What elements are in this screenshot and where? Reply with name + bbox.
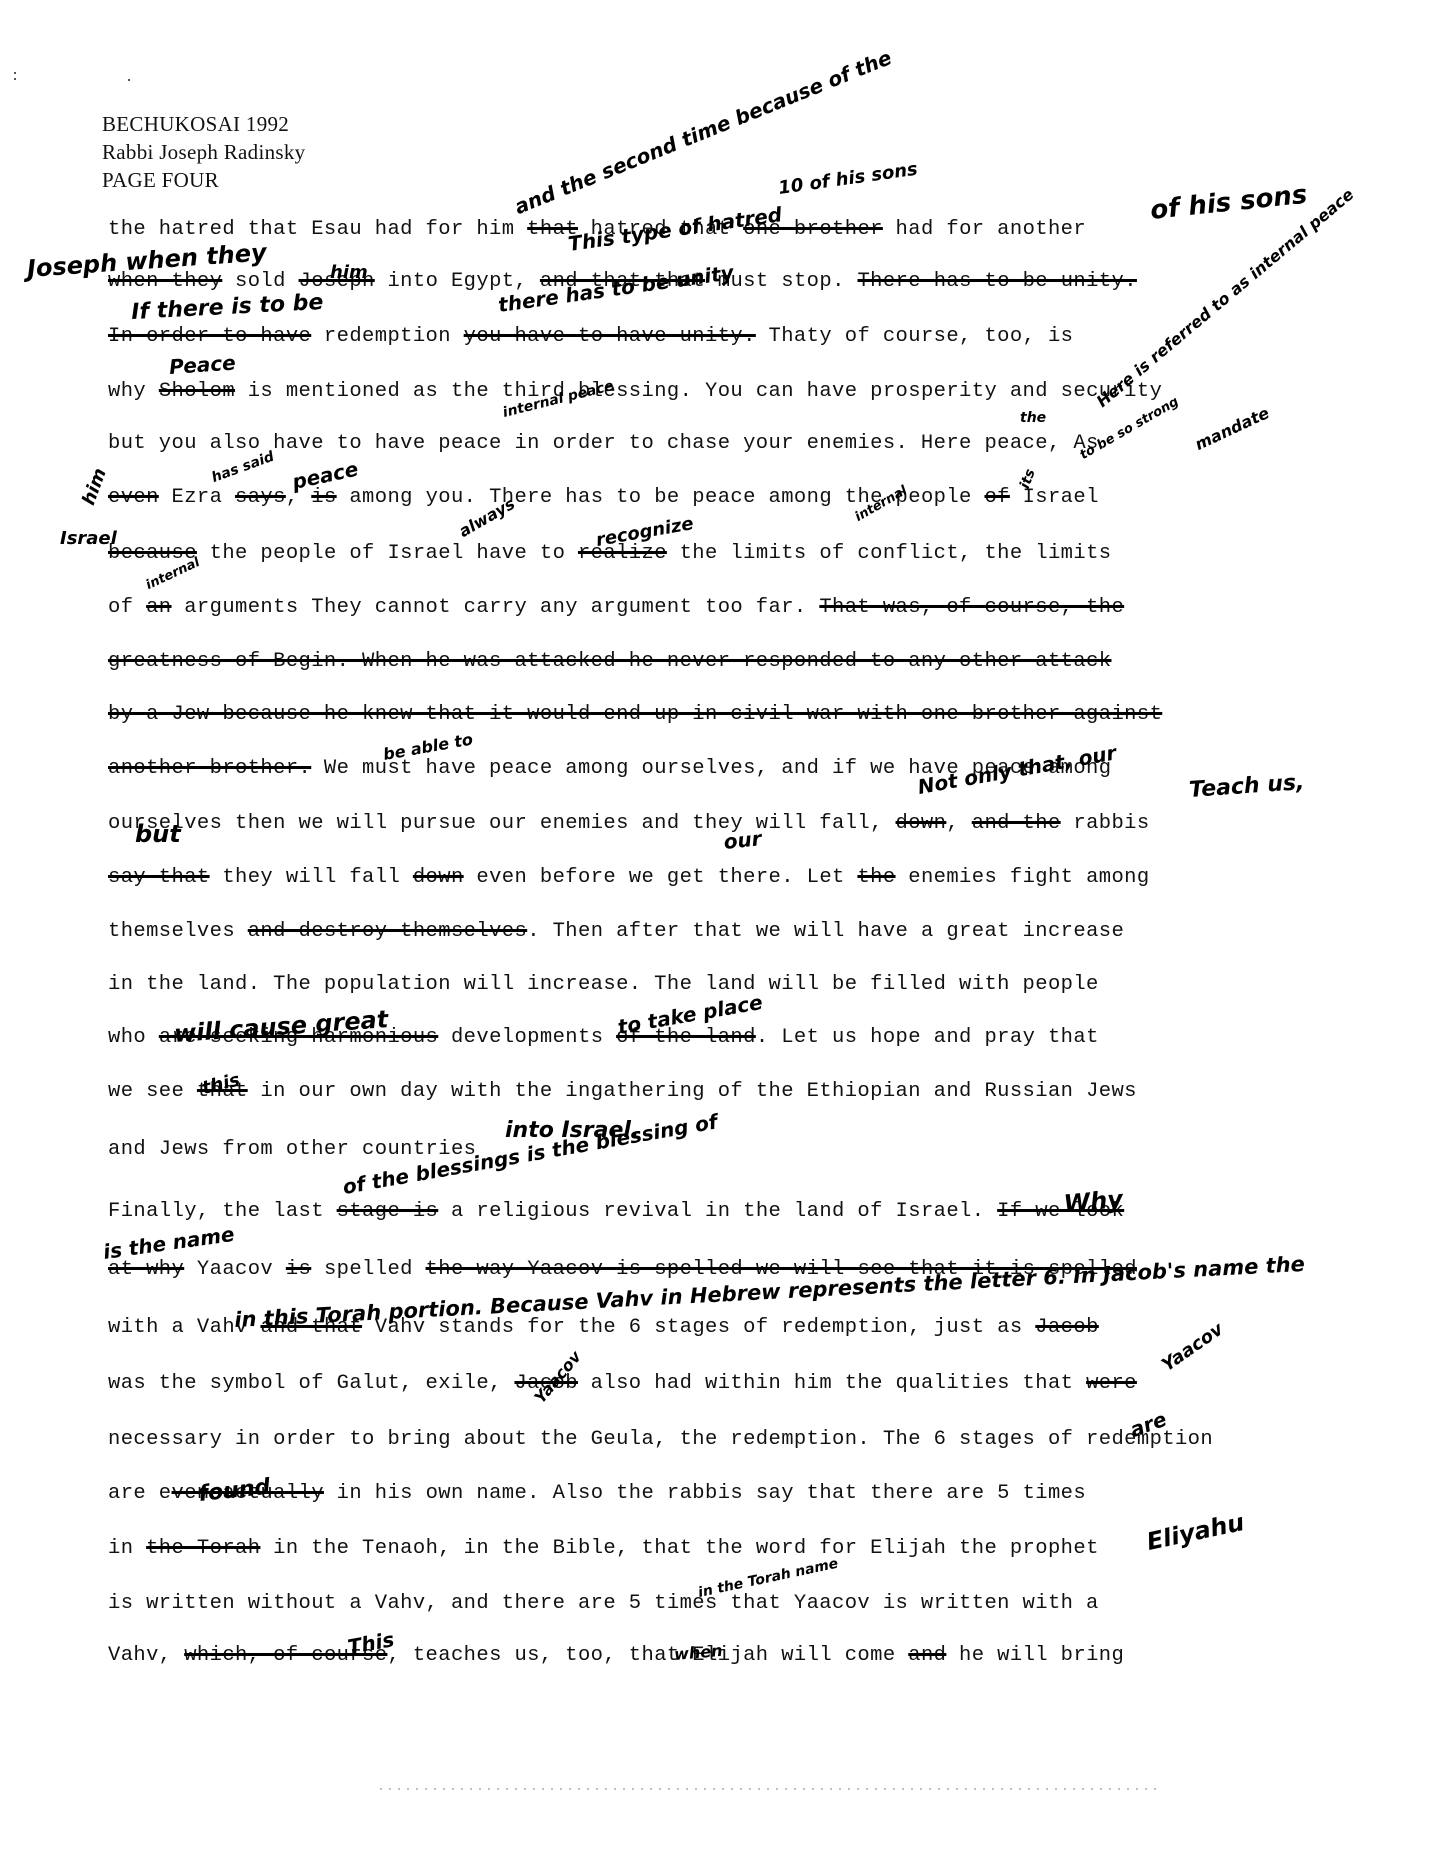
struck-text: In order to have <box>108 325 311 348</box>
struck-text: down <box>896 812 947 835</box>
document-header: BECHUKOSAI 1992 Rabbi Joseph Radinsky PA… <box>102 110 305 194</box>
typed-text: Thaty of course, too, is <box>756 325 1074 348</box>
text-line: ourselves then we will pursue our enemie… <box>108 812 1150 835</box>
typed-text: in his own name. Also the rabbis say tha… <box>324 1482 1086 1505</box>
struck-text: and the <box>972 812 1061 835</box>
typed-text: , <box>946 812 971 835</box>
text-line: but you also have to have peace in order… <box>108 432 1099 455</box>
handwritten-note: Yaacov <box>1158 1319 1227 1376</box>
typed-text: developments <box>438 1026 616 1049</box>
handwritten-note: to be so strong <box>1078 394 1182 463</box>
document-author: Rabbi Joseph Radinsky <box>102 138 305 166</box>
struck-text: of <box>984 486 1009 509</box>
scan-speck <box>128 79 130 81</box>
typed-text: enemies fight among <box>896 866 1150 889</box>
typed-text: , teaches us, too, that Elijah will come <box>387 1644 908 1667</box>
struck-text: Jacob <box>1035 1316 1099 1339</box>
text-line: of an arguments They cannot carry any ar… <box>108 596 1124 619</box>
typed-text: is written without a Vahv, and there are… <box>108 1592 1099 1615</box>
handwritten-note: him <box>330 262 368 283</box>
text-line: in the land. The population will increas… <box>108 973 1099 996</box>
handwritten-note: mandate <box>1192 403 1272 454</box>
handwritten-note: This type of hatred <box>567 202 784 256</box>
typed-text: are e <box>108 1482 172 1505</box>
struck-text: another brother. <box>108 757 311 780</box>
typed-text: Ezra <box>159 486 235 509</box>
typed-text: why <box>108 380 159 403</box>
struck-text: you have to have unity. <box>464 325 756 348</box>
typed-text: a religious revival in the land of Israe… <box>438 1200 997 1223</box>
typed-text: of <box>108 596 146 619</box>
typed-text: who <box>108 1026 159 1049</box>
struck-text: an <box>146 596 171 619</box>
text-line: was the symbol of Galut, exile, Jacob al… <box>108 1372 1137 1395</box>
text-line: themselves and destroy themselves. Then … <box>108 920 1124 943</box>
text-line: necessary in order to bring about the Ge… <box>108 1428 1213 1451</box>
typed-text: also had within him the qualities that <box>578 1372 1086 1395</box>
document-title: BECHUKOSAI 1992 <box>102 110 305 138</box>
typed-text: the hatred that Esau had for him <box>108 218 514 241</box>
text-line: say that they will fall down even before… <box>108 866 1150 889</box>
text-line: Finally, the last stage is a religious r… <box>108 1200 1124 1223</box>
typed-text: . Then after that we will have a great i… <box>527 920 1124 943</box>
handwritten-note: him <box>78 465 111 508</box>
struck-text: by a Jew because he knew that it would e… <box>108 703 1162 726</box>
typed-text: they will fall <box>210 866 413 889</box>
scan-speck <box>14 78 16 80</box>
handwritten-note: the <box>1020 410 1046 426</box>
handwritten-note: of his sons <box>1149 180 1309 226</box>
struck-text: Sholom <box>159 380 235 403</box>
text-line: is written without a Vahv, and there are… <box>108 1592 1099 1615</box>
typed-text: spelled <box>311 1258 425 1281</box>
typed-text: arguments They cannot carry any argument… <box>172 596 820 619</box>
struck-text: greatness of Begin. When he was attacked… <box>108 650 1111 673</box>
struck-text: There has to be unity. <box>857 270 1136 293</box>
scan-noise-row <box>380 1788 1160 1790</box>
typed-text: themselves <box>108 920 248 943</box>
text-line: why Sholom is mentioned as the third ble… <box>108 380 1162 403</box>
handwritten-note: Eliyahu <box>1144 1508 1247 1556</box>
typed-text: we see <box>108 1080 197 1103</box>
struck-text: and <box>908 1644 946 1667</box>
typed-text: in the land. The population will increas… <box>108 973 1099 996</box>
document-page: BECHUKOSAI 1992 Rabbi Joseph Radinsky PA… <box>0 0 1430 1851</box>
typed-text: Vahv, <box>108 1644 184 1667</box>
struck-text: the Torah <box>146 1537 260 1560</box>
typed-text: the people of Israel have to <box>197 542 578 565</box>
typed-text: Finally, the last <box>108 1200 337 1223</box>
typed-text: but you also have to have peace in order… <box>108 432 1099 455</box>
handwritten-note: Peace <box>168 350 236 379</box>
text-line: In order to have redemption you have to … <box>108 325 1073 348</box>
handwritten-note: Teach us, <box>1188 770 1305 803</box>
struck-text: is <box>286 1258 311 1281</box>
handwritten-note: 10 of his sons <box>777 159 919 199</box>
handwritten-note: Why <box>1063 1185 1124 1218</box>
handwritten-note: Israel <box>60 528 117 549</box>
text-line: greatness of Begin. When he was attacked… <box>108 650 1111 673</box>
typed-text: even before we get there. Let <box>464 866 858 889</box>
struck-text: stage is <box>337 1200 439 1223</box>
typed-text: in our own day with the ingathering of t… <box>248 1080 1137 1103</box>
typed-text: is mentioned as the third blessing. You … <box>235 380 1162 403</box>
struck-text: down <box>413 866 464 889</box>
typed-text: rabbis <box>1061 812 1150 835</box>
typed-text: necessary in order to bring about the Ge… <box>108 1428 1213 1451</box>
typed-text: he will bring <box>946 1644 1124 1667</box>
struck-text: and destroy themselves <box>248 920 527 943</box>
handwritten-note: our <box>722 826 762 854</box>
struck-text: says <box>235 486 286 509</box>
typed-text: and Jews from other countries <box>108 1138 476 1161</box>
handwritten-note: but <box>135 820 181 848</box>
struck-text: were <box>1086 1372 1137 1395</box>
typed-text: Israel <box>1010 486 1099 509</box>
text-line: even Ezra says, is among you. There has … <box>108 486 1099 509</box>
text-line: in the Torah in the Tenaoh, in the Bible… <box>108 1537 1099 1560</box>
scan-speck <box>14 72 16 74</box>
typed-text: in <box>108 1537 146 1560</box>
typed-text: ourselves then we will pursue our enemie… <box>108 812 896 835</box>
struck-text: even <box>108 486 159 509</box>
typed-text: . Let us hope and pray that <box>756 1026 1099 1049</box>
text-line: and Jews from other countries <box>108 1138 476 1161</box>
typed-text: sold <box>222 270 298 293</box>
struck-text: the <box>857 866 895 889</box>
typed-text: in the Tenaoh, in the Bible, that the wo… <box>260 1537 1098 1560</box>
typed-text: Yaacov <box>184 1258 286 1281</box>
handwritten-note: there has to be unity <box>497 260 735 317</box>
page-label: PAGE FOUR <box>102 166 305 194</box>
typed-text: the limits of conflict, the limits <box>667 542 1112 565</box>
text-line: by a Jew because he knew that it would e… <box>108 703 1162 726</box>
struck-text: say that <box>108 866 210 889</box>
handwritten-note: If there is to be <box>131 290 324 325</box>
text-line: we see that in our own day with the inga… <box>108 1080 1137 1103</box>
handwritten-note: Here is referred to as internal peace <box>1093 185 1358 411</box>
handwritten-note: and the second time because of the <box>511 45 895 219</box>
struck-text: That was, of course, the <box>819 596 1124 619</box>
typed-text: redemption <box>311 325 463 348</box>
typed-text: was the symbol of Galut, exile, <box>108 1372 514 1395</box>
typed-text <box>514 218 527 241</box>
typed-text: had for another <box>883 218 1086 241</box>
text-line: Vahv, which, of course, teaches us, too,… <box>108 1644 1124 1667</box>
